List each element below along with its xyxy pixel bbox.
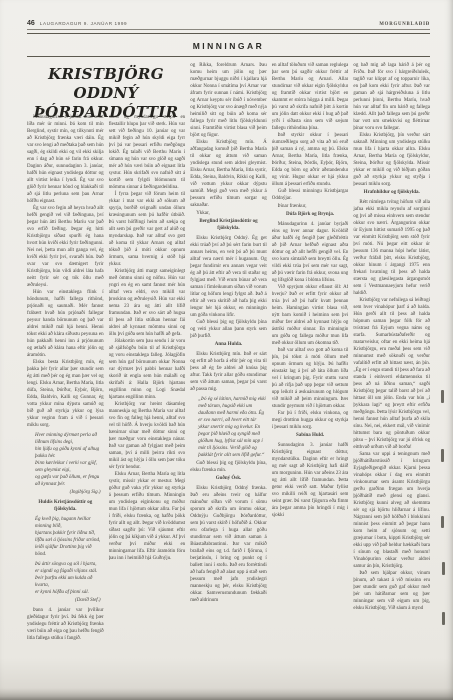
header-left: 46 LAUGARDAGUR 9. JANÚAR 1999	[27, 20, 127, 27]
masthead: MORGUNBLAÐIÐ	[379, 22, 430, 27]
signature: Sabína Huld.	[272, 432, 349, 439]
memorial-verse: „Þó ég sé látinn, harmið mig ekki með tá…	[198, 396, 267, 459]
paragraph-continued: og Rikka, foreldrum Arnars. Þau komu hei…	[190, 62, 267, 139]
paragraph: Hún var einstaklega flink í höndunum, ha…	[27, 289, 104, 359]
paragraph: Mánudagurinn 4. janúar mun seint líða mé…	[27, 114, 104, 205]
text-column-4: en alltaf töluðum við saman reglulega þa…	[272, 62, 349, 695]
newspaper-page: 46 LAUGARDAGUR 9. JANÚAR 1999 MORGUNBLAÐ…	[0, 0, 453, 700]
paragraph: Elsku Kristbjörg mín. Á aðfangadag komuð…	[190, 139, 267, 209]
signature: Guðný Ósk.	[190, 475, 267, 482]
paragraph: Kristbjörg var hreint dásamleg manneskja…	[109, 401, 186, 471]
signature: Hrafnhildur og fjölskylda.	[353, 189, 430, 196]
paragraph: Í fyrra þegar við fórum heim til ykkar í…	[109, 191, 186, 268]
paragraph: Far þú í friði, elsku vinkona, og megi d…	[272, 410, 349, 431]
paragraph: Jólakortin sem þau sendu í ár voru að sj…	[109, 338, 186, 401]
paragraph: Elsku Kristbjörg Oddný frænka. Það eru a…	[190, 485, 267, 604]
text-column-5: og bað mig að laga hárið á þér og Fríðu.…	[353, 62, 430, 695]
text-column-2: stóru og myndarlegu stelpu en flestallir…	[109, 62, 186, 695]
memorial-verse: Ég kveð þig, hugann heillar minning blíð…	[35, 516, 104, 558]
memorial-verse: Hver minning dýrmæt perla að liðnum lífs…	[35, 432, 104, 488]
signature: Berglind Kristjánsdóttir og fjölskylda.	[190, 218, 267, 232]
dateline: LAUGARDAGUR 9. JANÚAR 1999	[40, 21, 127, 26]
paragraph: Rétt rúmlega tvítug höfum við alla jafna…	[353, 199, 430, 297]
paragraph: Guð blessi þig og fjölskyldu þína og vei…	[190, 319, 267, 340]
paragraph: Ég var svo fegin að heyra hvað allt hefð…	[27, 205, 104, 289]
headline-line-2: ÞÓRÐARDÓTTIR	[27, 103, 185, 122]
paragraph: Sama var uppi á teningnum með þjóðhátíða…	[353, 451, 430, 570]
paragraph: Það styrkir okkur í þessari óumræðilegu …	[272, 132, 349, 188]
section-banner: MINNINGAR	[27, 33, 430, 57]
paragraph: Það var alltaf svo gott að koma til þín,…	[272, 347, 349, 410]
paragraph: Elsku Arnar, Bertha María og litla systi…	[109, 471, 186, 562]
paragraph: Sunnudaginn 3. janúar hafði Kristbjörg e…	[272, 442, 349, 519]
signature: Anna Hulda.	[190, 341, 267, 348]
paragraph: Þann 4. janúar var þvílíkur gleðidagur f…	[27, 607, 104, 642]
headline-line-1: KRISTBJÖRG ODDNÝ	[27, 65, 185, 103]
staple-mark	[442, 562, 445, 575]
page-content: 46 LAUGARDAGUR 9. JANÚAR 1999 MORGUNBLAÐ…	[27, 20, 430, 695]
signature: Huldís Kristjánsdóttir og fjölskylda.	[27, 499, 104, 513]
paragraph: Það sem hjálpar okkur, vinum þínum, að t…	[353, 570, 430, 612]
verse-attribution: (Davíð Stef.)	[27, 597, 101, 604]
paragraph-continued: stóru og myndarlegu stelpu en flestallir…	[109, 114, 186, 191]
staple-mark	[442, 612, 445, 625]
staple-mark	[441, 516, 444, 528]
page-number: 46	[27, 20, 35, 27]
paragraph: Mánudagurinn 4. janúar byrjaði eins og h…	[272, 221, 349, 284]
verse-attribution: (Ingibjörg Sig.)	[27, 489, 101, 496]
signature-lead: Þínar frænkur,	[272, 203, 349, 210]
obituary-headline: KRISTBJÖRG ODDNÝ ÞÓRÐARDÓTTIR	[27, 65, 185, 122]
paragraph: Kristbjörg var nefnilega sá leiðtogi sem…	[353, 297, 430, 451]
paragraph: Elsku Kristbjörg, þín verður sárt saknað…	[353, 132, 430, 188]
page-header: 46 LAUGARDAGUR 9. JANÚAR 1999 MORGUNBLAÐ…	[27, 20, 430, 30]
paragraph: Elsku Kristbjörg Oddný. Ég get ekki trúa…	[190, 235, 267, 319]
staple-mark	[441, 390, 444, 403]
text-column-3: og Rikka, foreldrum Arnars. Þau komu hei…	[190, 62, 267, 695]
text-column-1: Mánudagurinn 4. janúar mun seint líða mé…	[27, 62, 104, 695]
paragraph: Kristbjörg átti margt sameiginlegt með ö…	[109, 268, 186, 338]
staple-mark	[441, 449, 444, 462]
signature-lead: Ykkar,	[190, 210, 267, 217]
memorial-verse: Þú áttir söngva og sól í hjarta, er sign…	[35, 561, 104, 596]
signature: Dúfa Björk og Brynja.	[272, 211, 349, 218]
paragraph-continued: en alltaf töluðum við saman reglulega þa…	[272, 62, 349, 132]
paragraph-continued: og bað mig að laga hárið á þér og Fríðu.…	[353, 62, 430, 132]
paragraph: Elsku Kristbjörg mín. Það er sárt og erf…	[190, 351, 267, 393]
paragraph: Elsku besta Kristbjörg mín, ég þakka þér…	[27, 359, 104, 429]
paragraph: Guð blessi minningu Kristbjargar Oddnýja…	[272, 188, 349, 202]
page-bottom-shadow	[0, 688, 453, 700]
section-title: MINNINGAR	[193, 41, 265, 51]
paragraph: Við spyrjum okkur eflaust öll: Af hverju…	[272, 284, 349, 347]
article-columns: KRISTBJÖRG ODDNÝ ÞÓRÐARDÓTTIR Mánudaguri…	[27, 62, 430, 695]
paragraph: Guð blessi þig og fjölskyldu þína, elsku…	[190, 460, 267, 474]
